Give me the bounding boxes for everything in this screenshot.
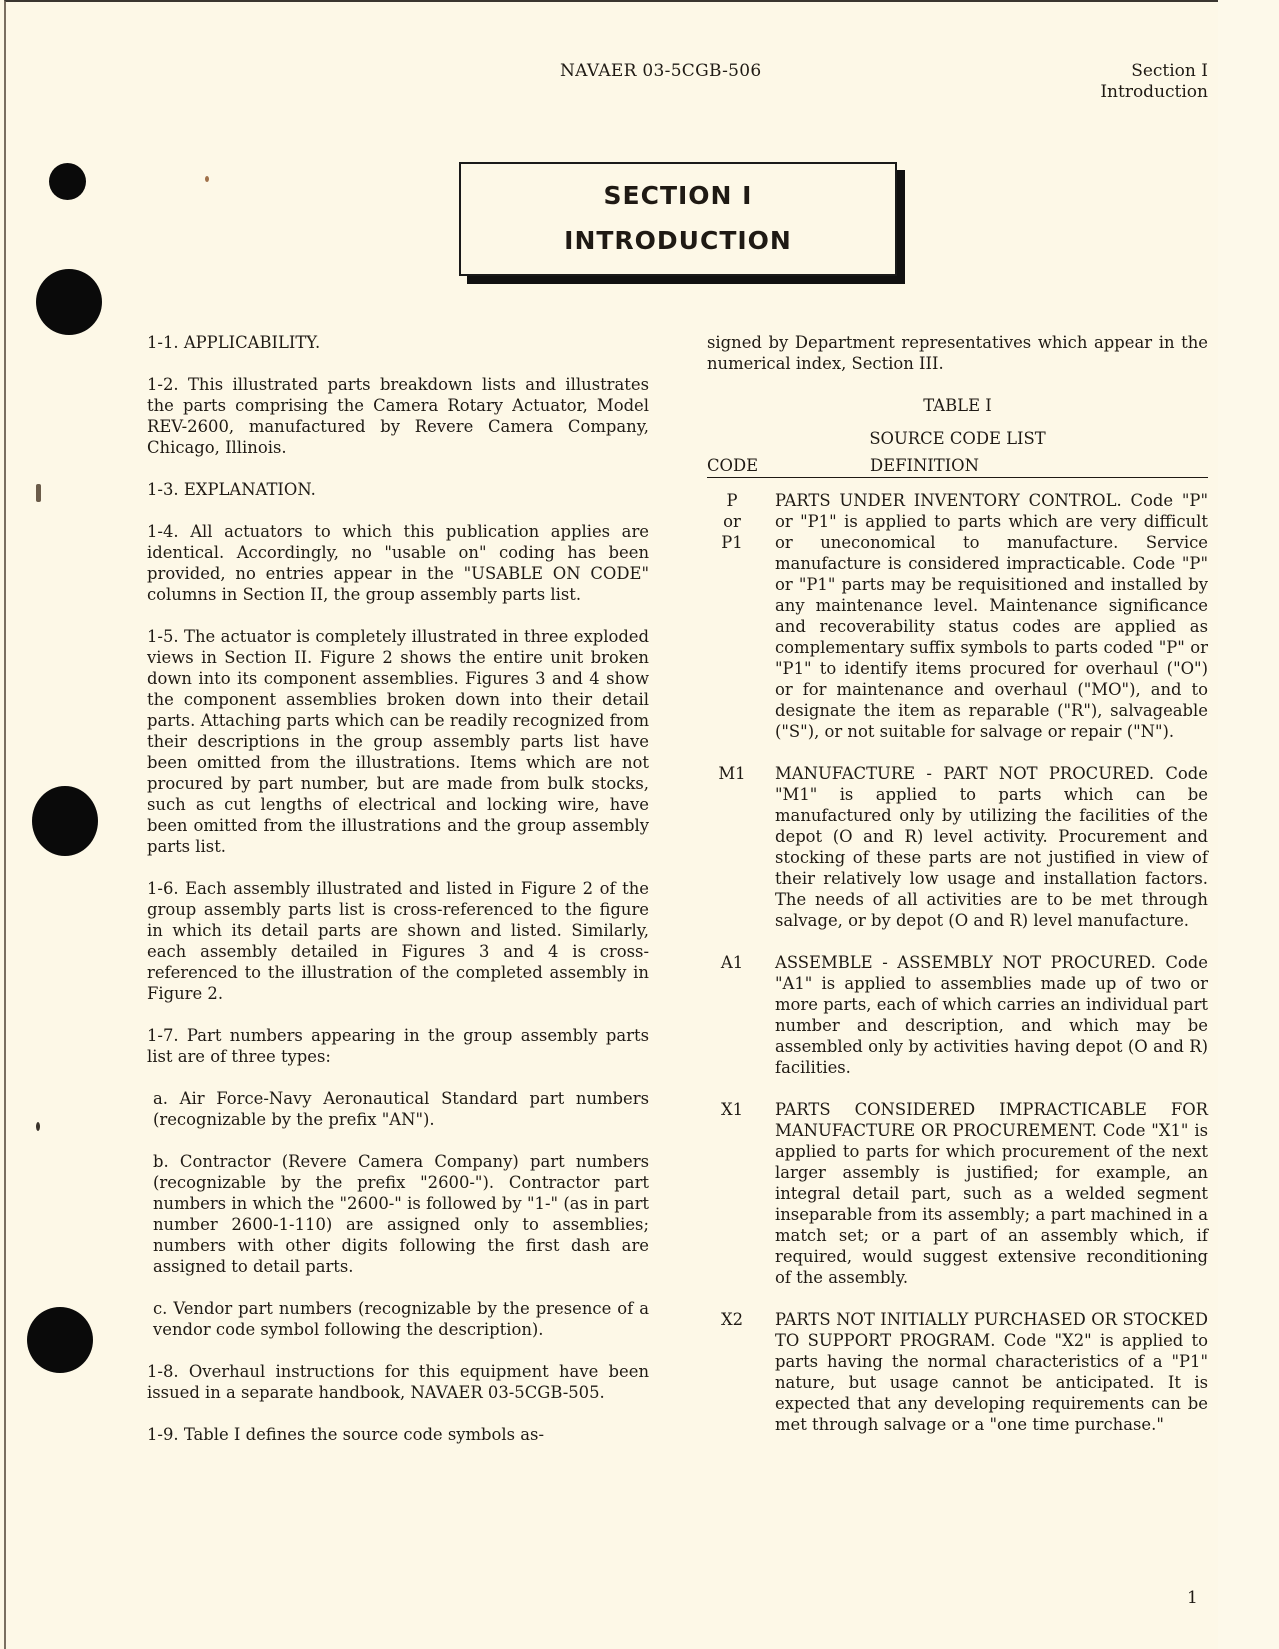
definition-cell: ASSEMBLE - ASSEMBLY NOT PROCURED. Code "…	[757, 952, 1208, 1078]
section-title-box: SECTION I INTRODUCTION	[459, 162, 897, 276]
table-title: TABLE I	[707, 395, 1208, 416]
section-label: Section I	[1096, 61, 1208, 82]
paper-speck	[36, 1122, 40, 1131]
definition-cell: PARTS UNDER INVENTORY CONTROL. Code "P" …	[757, 490, 1208, 742]
definition-cell: MANUFACTURE - PART NOT PROCURED. Code "M…	[757, 763, 1208, 931]
paper-speck	[205, 176, 209, 182]
section-subtitle: INTRODUCTION	[461, 226, 895, 255]
paragraph-1-2: 1-2. This illustrated parts breakdown li…	[147, 374, 649, 458]
code-cell: X1	[707, 1099, 757, 1288]
code-cell: P or P1	[707, 490, 757, 742]
paragraph-1-9-continued: signed by Department representatives whi…	[707, 332, 1208, 374]
paragraph-1-6: 1-6. Each assembly illustrated and liste…	[147, 878, 649, 1004]
column-header-code: CODE	[707, 455, 832, 476]
binder-hole-icon	[27, 1307, 93, 1373]
document-number: NAVAER 03-5CGB-506	[560, 61, 762, 81]
table-row: X1 PARTS CONSIDERED IMPRACTICABLE FOR MA…	[707, 1099, 1208, 1288]
table-row: P or P1 PARTS UNDER INVENTORY CONTROL. C…	[707, 490, 1208, 742]
list-item-b: b. Contractor (Revere Camera Company) pa…	[147, 1151, 649, 1277]
binder-hole-icon	[49, 163, 86, 200]
paragraph-1-7: 1-7. Part numbers appearing in the group…	[147, 1025, 649, 1067]
paragraph-1-8: 1-8. Overhaul instructions for this equi…	[147, 1361, 649, 1403]
running-header: Section I Introduction	[1096, 61, 1208, 103]
code-cell: M1	[707, 763, 757, 931]
list-item-c: c. Vendor part numbers (recognizable by …	[147, 1298, 649, 1340]
definition-cell: PARTS CONSIDERED IMPRACTICABLE FOR MANUF…	[757, 1099, 1208, 1288]
right-column: signed by Department representatives whi…	[707, 332, 1208, 1435]
left-column: 1-1. APPLICABILITY. 1-2. This illustrate…	[147, 332, 649, 1466]
paragraph-1-9: 1-9. Table I defines the source code sym…	[147, 1424, 649, 1445]
table-subtitle: SOURCE CODE LIST	[707, 428, 1208, 449]
section-name: Introduction	[1096, 82, 1208, 103]
paper-speck	[36, 484, 41, 502]
table-row: M1 MANUFACTURE - PART NOT PROCURED. Code…	[707, 763, 1208, 931]
binder-hole-icon	[36, 269, 102, 335]
section-title: SECTION I	[461, 181, 895, 210]
code-cell: X2	[707, 1309, 757, 1435]
heading-explanation: 1-3. EXPLANATION.	[147, 479, 649, 500]
paragraph-1-5: 1-5. The actuator is completely illustra…	[147, 626, 649, 857]
list-item-a: a. Air Force-Navy Aeronautical Standard …	[147, 1088, 649, 1130]
definition-cell: PARTS NOT INITIALLY PURCHASED OR STOCKED…	[757, 1309, 1208, 1435]
table-header: CODE DEFINITION	[707, 455, 1208, 478]
table-row: X2 PARTS NOT INITIALLY PURCHASED OR STOC…	[707, 1309, 1208, 1435]
page-margin	[1218, 0, 1279, 1649]
paragraph-1-4: 1-4. All actuators to which this publica…	[147, 521, 649, 605]
binder-hole-icon	[32, 786, 98, 856]
page-number: 1	[1187, 1588, 1198, 1608]
column-header-definition: DEFINITION	[832, 455, 1208, 476]
table-row: A1 ASSEMBLE - ASSEMBLY NOT PROCURED. Cod…	[707, 952, 1208, 1078]
code-cell: A1	[707, 952, 757, 1078]
heading-applicability: 1-1. APPLICABILITY.	[147, 332, 649, 353]
source-code-table: P or P1 PARTS UNDER INVENTORY CONTROL. C…	[707, 490, 1208, 1435]
